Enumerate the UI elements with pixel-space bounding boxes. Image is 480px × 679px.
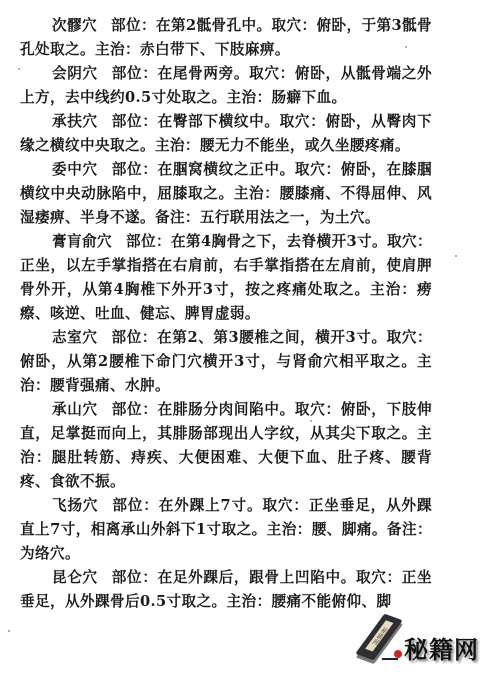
acupoint-name: 承山穴 — [52, 401, 98, 418]
entry-feiyang: 飞扬穴部位：在外踝上7寸。取穴：正坐垂足，从外踝直上7寸，相离承山外斜下1寸取之… — [20, 494, 432, 566]
watermark-logo: 秘籍网 秘籍网 — [360, 612, 480, 672]
document-page: 次髎穴部位：在第2骶骨孔中。取穴：俯卧，于第3骶骨孔处取之。主治：赤白带下、下肢… — [20, 14, 432, 614]
acupoint-name: 志室穴 — [52, 329, 98, 346]
acupoint-name: 会阴穴 — [52, 65, 98, 82]
scan-speck — [455, 255, 457, 257]
acupoint-name: 膏肓俞穴 — [52, 233, 112, 250]
acupoint-name: 委中穴 — [52, 161, 98, 178]
book-label: 秘籍网 — [365, 620, 393, 651]
entry-chengfu: 承扶穴部位：在臀部下横纹中。取穴：俯卧，从臀肉下缘之横纹中央取之。主治：腰无力不… — [20, 110, 432, 158]
entry-chengshan: 承山穴部位：在腓肠分肉间陷中。取穴：俯卧，下肢伸直，足掌挺而向上，其腓肠部现出人… — [20, 398, 432, 494]
acupoint-name: 承扶穴 — [52, 113, 98, 130]
entry-zhishi: 志室穴部位：在第2、第3腰椎之间，横开3寸。取穴：俯卧，从第2腰椎下命门穴横开3… — [20, 326, 432, 398]
acupoint-name: 昆仑穴 — [52, 569, 98, 586]
logo-underline — [382, 658, 398, 660]
entry-huiyin: 会阴穴部位：在尾骨两旁。取穴：俯卧，从骶骨端之外上方，去中线约0.5寸处取之。主… — [20, 62, 432, 110]
watermark-text: 秘籍网 — [404, 630, 479, 665]
red-seal-icon — [394, 650, 402, 658]
scan-speck — [8, 630, 10, 632]
scan-speck — [18, 68, 20, 70]
entry-weizhong: 委中穴部位：在腘窝横纹之正中。取穴：俯卧，在膝腘横纹中央动脉陷中，屈膝取之。主治… — [20, 158, 432, 230]
entry-kunlun: 昆仑穴部位：在足外踝后，跟骨上凹陷中。取穴：正坐垂足，从外踝骨后0.5寸取之。主… — [20, 566, 432, 614]
scan-speck — [405, 46, 407, 48]
scan-speck — [310, 420, 312, 422]
entry-cilao: 次髎穴部位：在第2骶骨孔中。取穴：俯卧，于第3骶骨孔处取之。主治：赤白带下、下肢… — [20, 14, 432, 62]
acupoint-name: 飞扬穴 — [52, 497, 98, 514]
entry-gaohuangshu: 膏肓俞穴部位：在第4胸骨之下，去脊横开3寸。取穴：正坐，以左手掌指搭在右肩前，右… — [20, 230, 432, 326]
acupoint-name: 次髎穴 — [52, 17, 97, 34]
